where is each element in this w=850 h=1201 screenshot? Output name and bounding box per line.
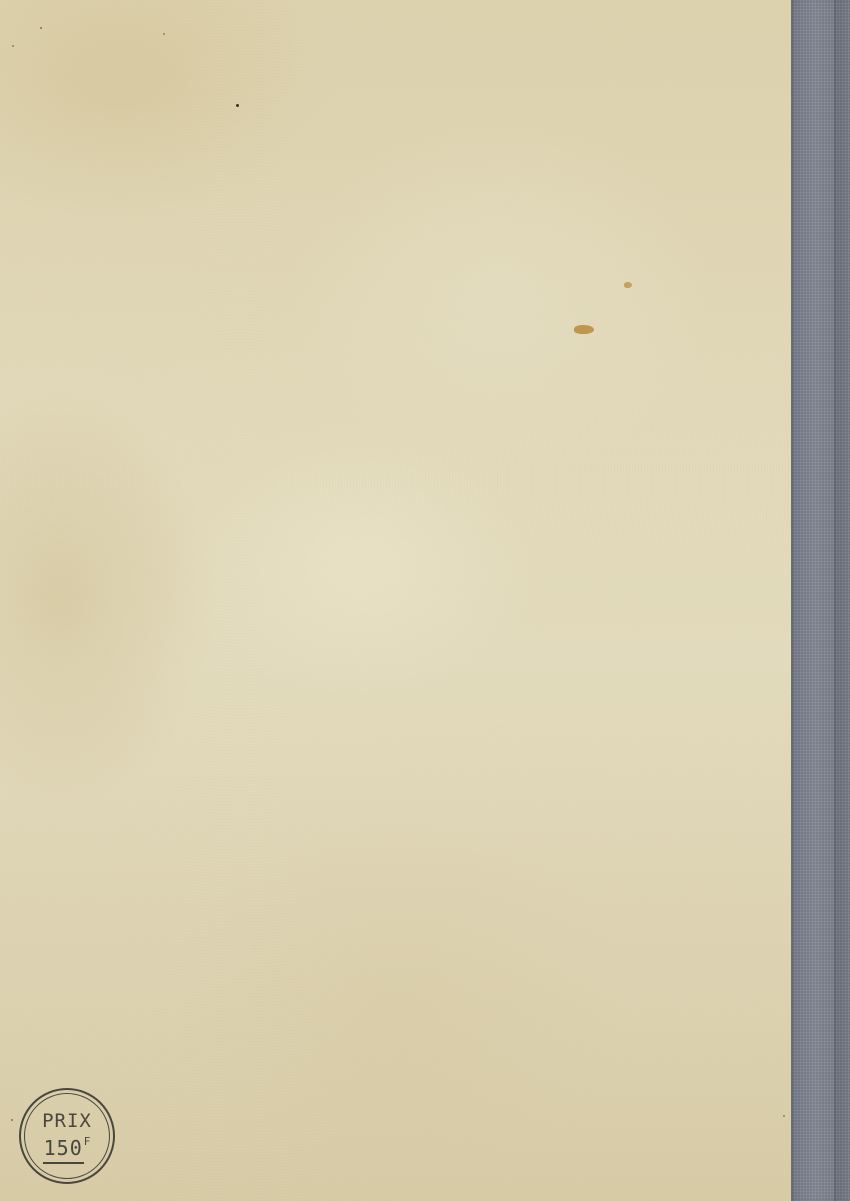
foxing-stain: [574, 325, 594, 334]
book-back-cover: PRIX 150F: [0, 0, 850, 1201]
price-stamp-value: 150F: [21, 1138, 113, 1158]
price-stamp-label: PRIX: [21, 1112, 113, 1131]
paper-surface: [0, 0, 797, 1201]
price-stamp: PRIX 150F: [19, 1088, 115, 1184]
ink-speck: [40, 27, 42, 29]
ink-speck: [11, 1119, 13, 1121]
ink-speck: [783, 1115, 785, 1117]
price-currency-unit: F: [84, 1135, 92, 1148]
spine-fold-line: [834, 0, 836, 1201]
ink-speck: [163, 33, 165, 35]
ink-speck: [12, 45, 14, 47]
price-amount: 150: [43, 1136, 84, 1164]
foxing-stain: [624, 282, 632, 288]
cloth-spine: [791, 0, 850, 1201]
ink-speck: [236, 104, 239, 107]
